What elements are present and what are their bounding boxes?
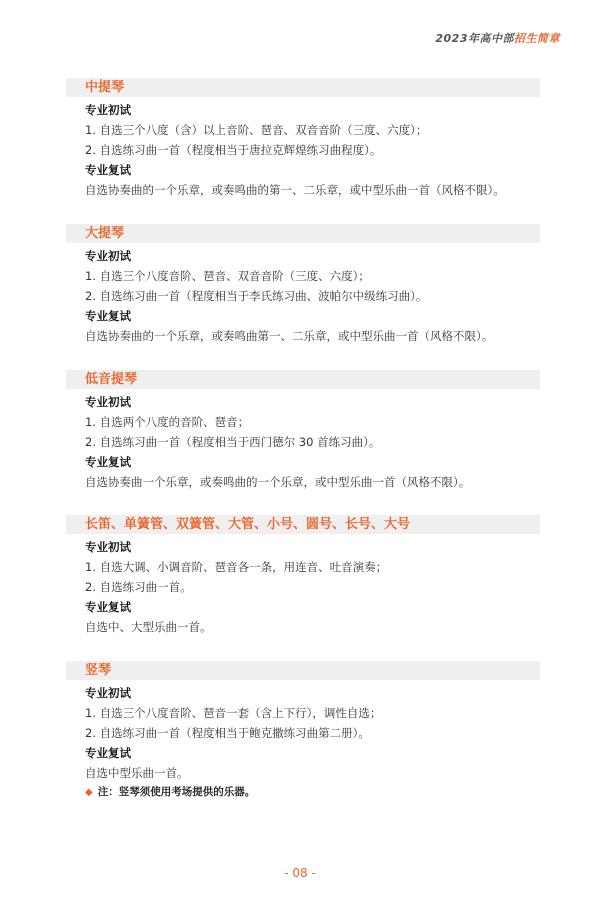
initial-item: 1. 自选三个八度音阶、琶音、双音音阶（三度、六度）； <box>66 266 540 286</box>
initial-item: 1. 自选三个八度音阶、琶音一套（含上下行），调性自选； <box>66 703 540 723</box>
section-double-bass: 低音提琴 专业初试 1. 自选两个八度的音阶、琶音； 2. 自选练习曲一首（程度… <box>66 370 540 492</box>
final-exam-label: 专业复试 <box>66 306 540 326</box>
initial-item: 1. 自选三个八度（含）以上音阶、琶音、双音音阶（三度、六度）； <box>66 120 540 140</box>
section-cello: 大提琴 专业初试 1. 自选三个八度音阶、琶音、双音音阶（三度、六度）； 2. … <box>66 224 540 346</box>
final-item: 自选中、大型乐曲一首。 <box>66 617 540 637</box>
final-exam-label: 专业复试 <box>66 743 540 763</box>
section-winds-brass: 长笛、单簧管、双簧管、大管、小号、圆号、长号、大号 专业初试 1. 自选大调、小… <box>66 515 540 637</box>
initial-exam-label: 专业初试 <box>66 392 540 412</box>
diamond-bullet-icon: ◆ <box>85 787 93 798</box>
initial-exam-label: 专业初试 <box>66 246 540 266</box>
page-number: - 08 - <box>0 866 600 880</box>
final-exam-label: 专业复试 <box>66 160 540 180</box>
section-heading: 低音提琴 <box>66 370 540 389</box>
initial-item: 2. 自选练习曲一首（程度相当于西门德尔 30 首练习曲）。 <box>66 432 540 452</box>
initial-exam-label: 专业初试 <box>66 683 540 703</box>
section-heading: 长笛、单簧管、双簧管、大管、小号、圆号、长号、大号 <box>66 515 540 534</box>
document-header-title: 2023年高中部招生简章 <box>435 30 560 46</box>
note-text: 注：竖琴须使用考场提供的乐器。 <box>98 786 256 798</box>
final-item: 自选中型乐曲一首。 <box>66 763 540 783</box>
final-exam-label: 专业复试 <box>66 452 540 472</box>
initial-item: 2. 自选练习曲一首。 <box>66 577 540 597</box>
initial-exam-label: 专业初试 <box>66 100 540 120</box>
final-exam-label: 专业复试 <box>66 597 540 617</box>
section-viola: 中提琴 专业初试 1. 自选三个八度（含）以上音阶、琶音、双音音阶（三度、六度）… <box>66 78 540 200</box>
initial-item: 2. 自选练习曲一首（程度相当于鲍克撒练习曲第二册）。 <box>66 723 540 743</box>
initial-item: 2. 自选练习曲一首（程度相当于李氏练习曲、波帕尔中级练习曲）。 <box>66 286 540 306</box>
initial-exam-label: 专业初试 <box>66 537 540 557</box>
initial-item: 2. 自选练习曲一首（程度相当于唐拉克辉煌练习曲程度）。 <box>66 140 540 160</box>
section-heading: 中提琴 <box>66 78 540 97</box>
final-item: 自选协奏曲的一个乐章，或奏鸣曲第一、二乐章，或中型乐曲一首（风格不限）。 <box>66 326 540 346</box>
header-title-year: 2023年高中部 <box>435 32 514 45</box>
initial-item: 1. 自选两个八度的音阶、琶音； <box>66 412 540 432</box>
final-item: 自选协奏曲一个乐章，或奏鸣曲的一个乐章，或中型乐曲一首（风格不限）。 <box>66 472 540 492</box>
initial-item: 1. 自选大调、小调音阶、琶音各一条，用连音、吐音演奏； <box>66 557 540 577</box>
section-heading: 竖琴 <box>66 661 540 680</box>
section-harp: 竖琴 专业初试 1. 自选三个八度音阶、琶音一套（含上下行），调性自选； 2. … <box>66 661 540 802</box>
final-item: 自选协奏曲的一个乐章，或奏鸣曲的第一、二乐章，或中型乐曲一首（风格不限）。 <box>66 180 540 200</box>
harp-note: ◆注：竖琴须使用考场提供的乐器。 <box>66 783 540 802</box>
header-title-accent: 招生简章 <box>514 32 560 45</box>
section-heading: 大提琴 <box>66 224 540 243</box>
